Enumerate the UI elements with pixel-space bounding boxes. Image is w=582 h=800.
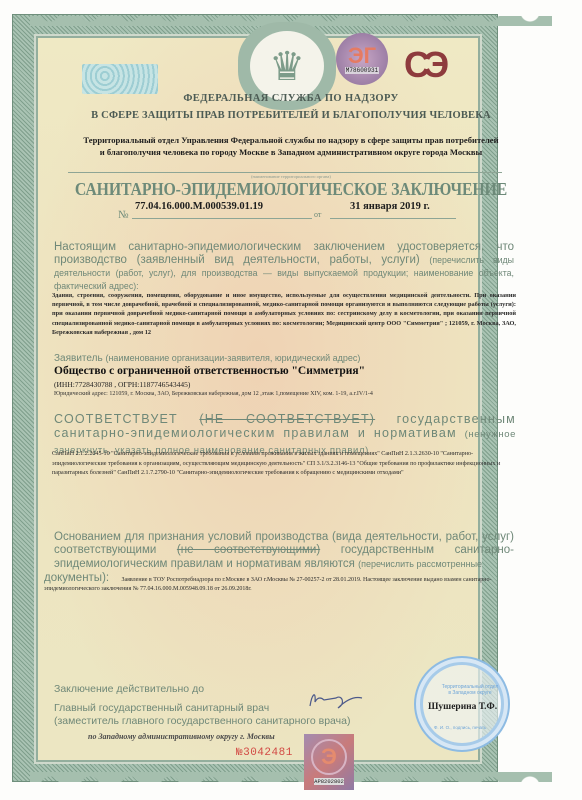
- document-title: САНИТАРНО-ЭПИДЕМИОЛОГИЧЕСКОЕ ЗАКЛЮЧЕНИЕ: [35, 179, 547, 200]
- basis-statement: Основанием для признания условий произво…: [54, 531, 514, 571]
- hologram-sticker-top: ЭГ М78600931: [336, 33, 388, 85]
- signer-name: Шушерина Т.Ф.: [428, 702, 497, 712]
- number-underline: [132, 218, 312, 219]
- applicant-organization: Общество с ограниченной ответственностью…: [54, 365, 365, 377]
- basis-note: (перечислить рассмотренные: [358, 559, 482, 569]
- number-sign: №: [118, 209, 129, 221]
- rospotrebnadzor-logo-icon: ЭГ: [348, 45, 376, 67]
- signature-icon: [306, 686, 366, 712]
- territorial-body: Территориальный отдел Управления Федерал…: [0, 134, 582, 158]
- district: по Западному административному округу г.…: [88, 732, 275, 741]
- decorative-border-bottom: [30, 772, 552, 782]
- agency-name-line1: ФЕДЕРАЛЬНАЯ СЛУЖБА ПО НАДЗОРУ: [0, 93, 582, 104]
- agency-name-line2: В СФЕРЕ ЗАЩИТЫ ПРАВ ПОТРЕБИТЕЛЕЙ И БЛАГО…: [0, 110, 582, 121]
- hologram-number-bottom: АР8202802: [314, 778, 344, 785]
- basis-struck: (не соответствующими): [177, 544, 320, 556]
- security-hologram-strip: [82, 64, 158, 94]
- applicant-legal-address: Юридический адрес: 121059, г. Москва, ЗА…: [54, 391, 373, 397]
- double-headed-eagle-icon: ♛: [250, 31, 324, 101]
- rospotrebnadzor-logo-icon: Э: [311, 739, 347, 775]
- stamp-text: Территориальный отдел в Западном округе: [440, 684, 500, 696]
- sanitary-rules-list: СанПиН 2.1.2.2645-10 "Санитарно-эпидемио…: [52, 450, 512, 479]
- certification-intro: Настоящим санитарно-эпидемиологическим з…: [54, 241, 514, 293]
- valid-until-label: Заключение действительно до: [54, 683, 204, 695]
- certificate-date: 31 января 2019 г.: [350, 201, 430, 212]
- hologram-sticker-bottom: Э АР8202802: [304, 734, 354, 790]
- territorial-body-line2: и благополучия человека по городу Москве…: [0, 146, 582, 158]
- se-logo: СЭ: [404, 44, 443, 86]
- basis-documents: документы): Заявление в ТОУ Роспотребнад…: [44, 574, 514, 594]
- activity-description: Здания, строения, сооружения, помещения,…: [52, 291, 516, 337]
- conformity-struck: (НЕ СООТВЕТСТВУЕТ): [199, 412, 375, 426]
- basis-note-end: документы):: [44, 574, 120, 583]
- serial-number: №3042481: [236, 747, 293, 759]
- stamp-caption: Ф. И. О., подпись, печать: [434, 725, 486, 730]
- applicant-label-note: (наименование организации-заявителя, юри…: [105, 353, 360, 363]
- hologram-number: М78600931: [345, 67, 379, 74]
- chief-line2: (заместитель главного государственного с…: [54, 715, 350, 728]
- divider: [68, 172, 502, 173]
- date-prefix: от: [314, 210, 321, 219]
- date-underline: [330, 218, 456, 219]
- applicant-label: Заявитель (наименование организации-заяв…: [54, 353, 360, 364]
- conformity-word: СООТВЕТСТВУЕТ: [54, 412, 178, 426]
- certificate-number: 77.04.16.000.М.000539.01.19: [135, 201, 263, 212]
- territorial-body-line1: Территориальный отдел Управления Федерал…: [0, 134, 582, 146]
- applicant-registration: (ИНН:7728430788 , ОГРН:1187746543445): [54, 380, 190, 389]
- applicant-label-text: Заявитель: [54, 353, 103, 364]
